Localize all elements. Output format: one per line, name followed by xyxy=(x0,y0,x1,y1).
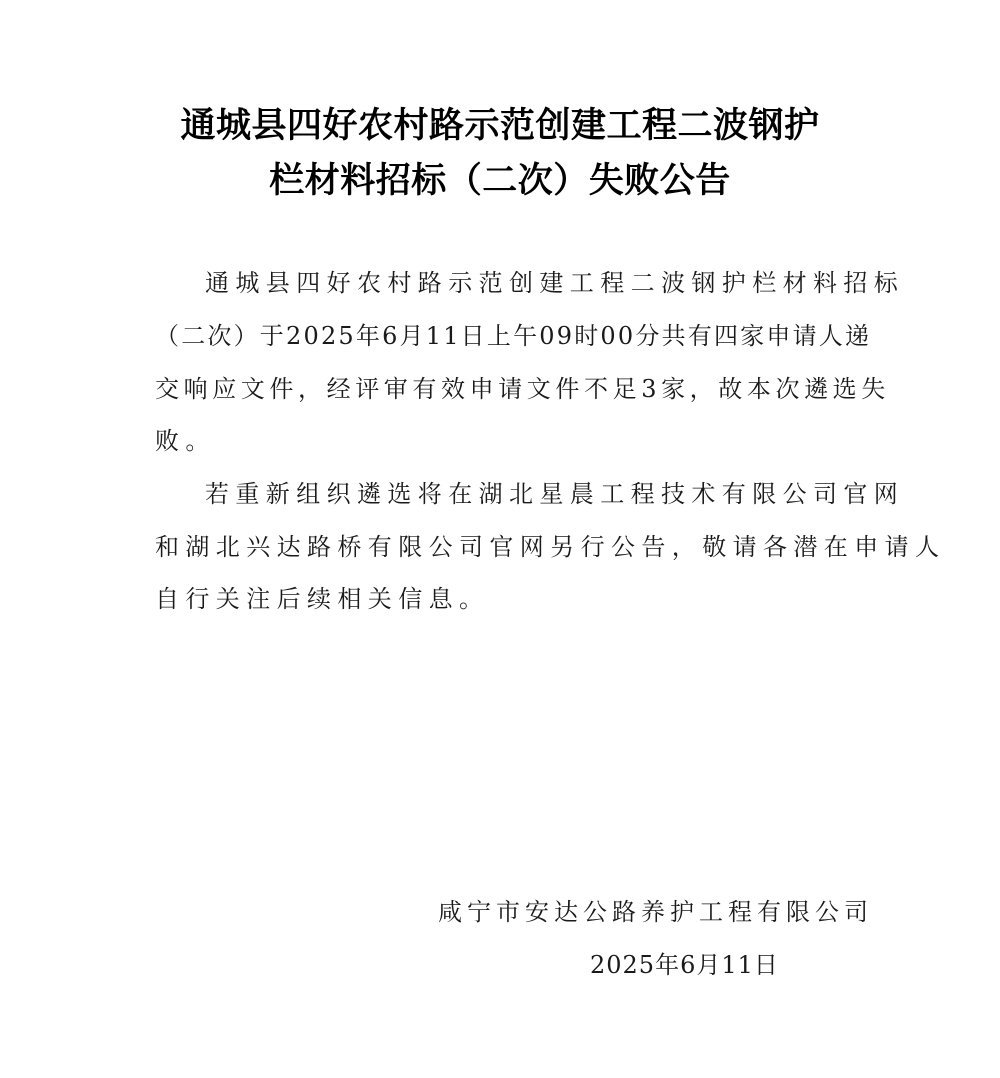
document-title-line-1: 通城县四好农村路示范创建工程二波钢护 xyxy=(0,106,1000,146)
paragraph-1-line-4: 败。 xyxy=(155,426,216,456)
paragraph-2-line-1: 若重新组织遴选将在湖北星晨工程技术有限公司官网 xyxy=(205,479,904,509)
paragraph-2-line-2: 和湖北兴达路桥有限公司官网另行公告，敬请各潜在申请人 xyxy=(155,532,945,562)
paragraph-1-line-1: 通城县四好农村路示范创建工程二波钢护栏材料招标 xyxy=(205,268,904,298)
paragraph-1-line-3: 交响应文件，经评审有效申请文件不足3家，故本次遴选失 xyxy=(155,374,890,404)
signature-organization: 咸宁市安达公路养护工程有限公司 xyxy=(438,897,873,927)
paragraph-2-line-3: 自行关注后续相关信息。 xyxy=(155,584,489,614)
document-title-line-2: 栏材料招标（二次）失败公告 xyxy=(0,161,1000,201)
paragraph-1-line-2: （二次）于2025年6月11日上午09时00分共有四家申请人递 xyxy=(155,321,871,351)
signature-date: 2025年6月11日 xyxy=(590,950,779,980)
document-page: 通城县四好农村路示范创建工程二波钢护 栏材料招标（二次）失败公告 通城县四好农村… xyxy=(0,0,1000,1078)
